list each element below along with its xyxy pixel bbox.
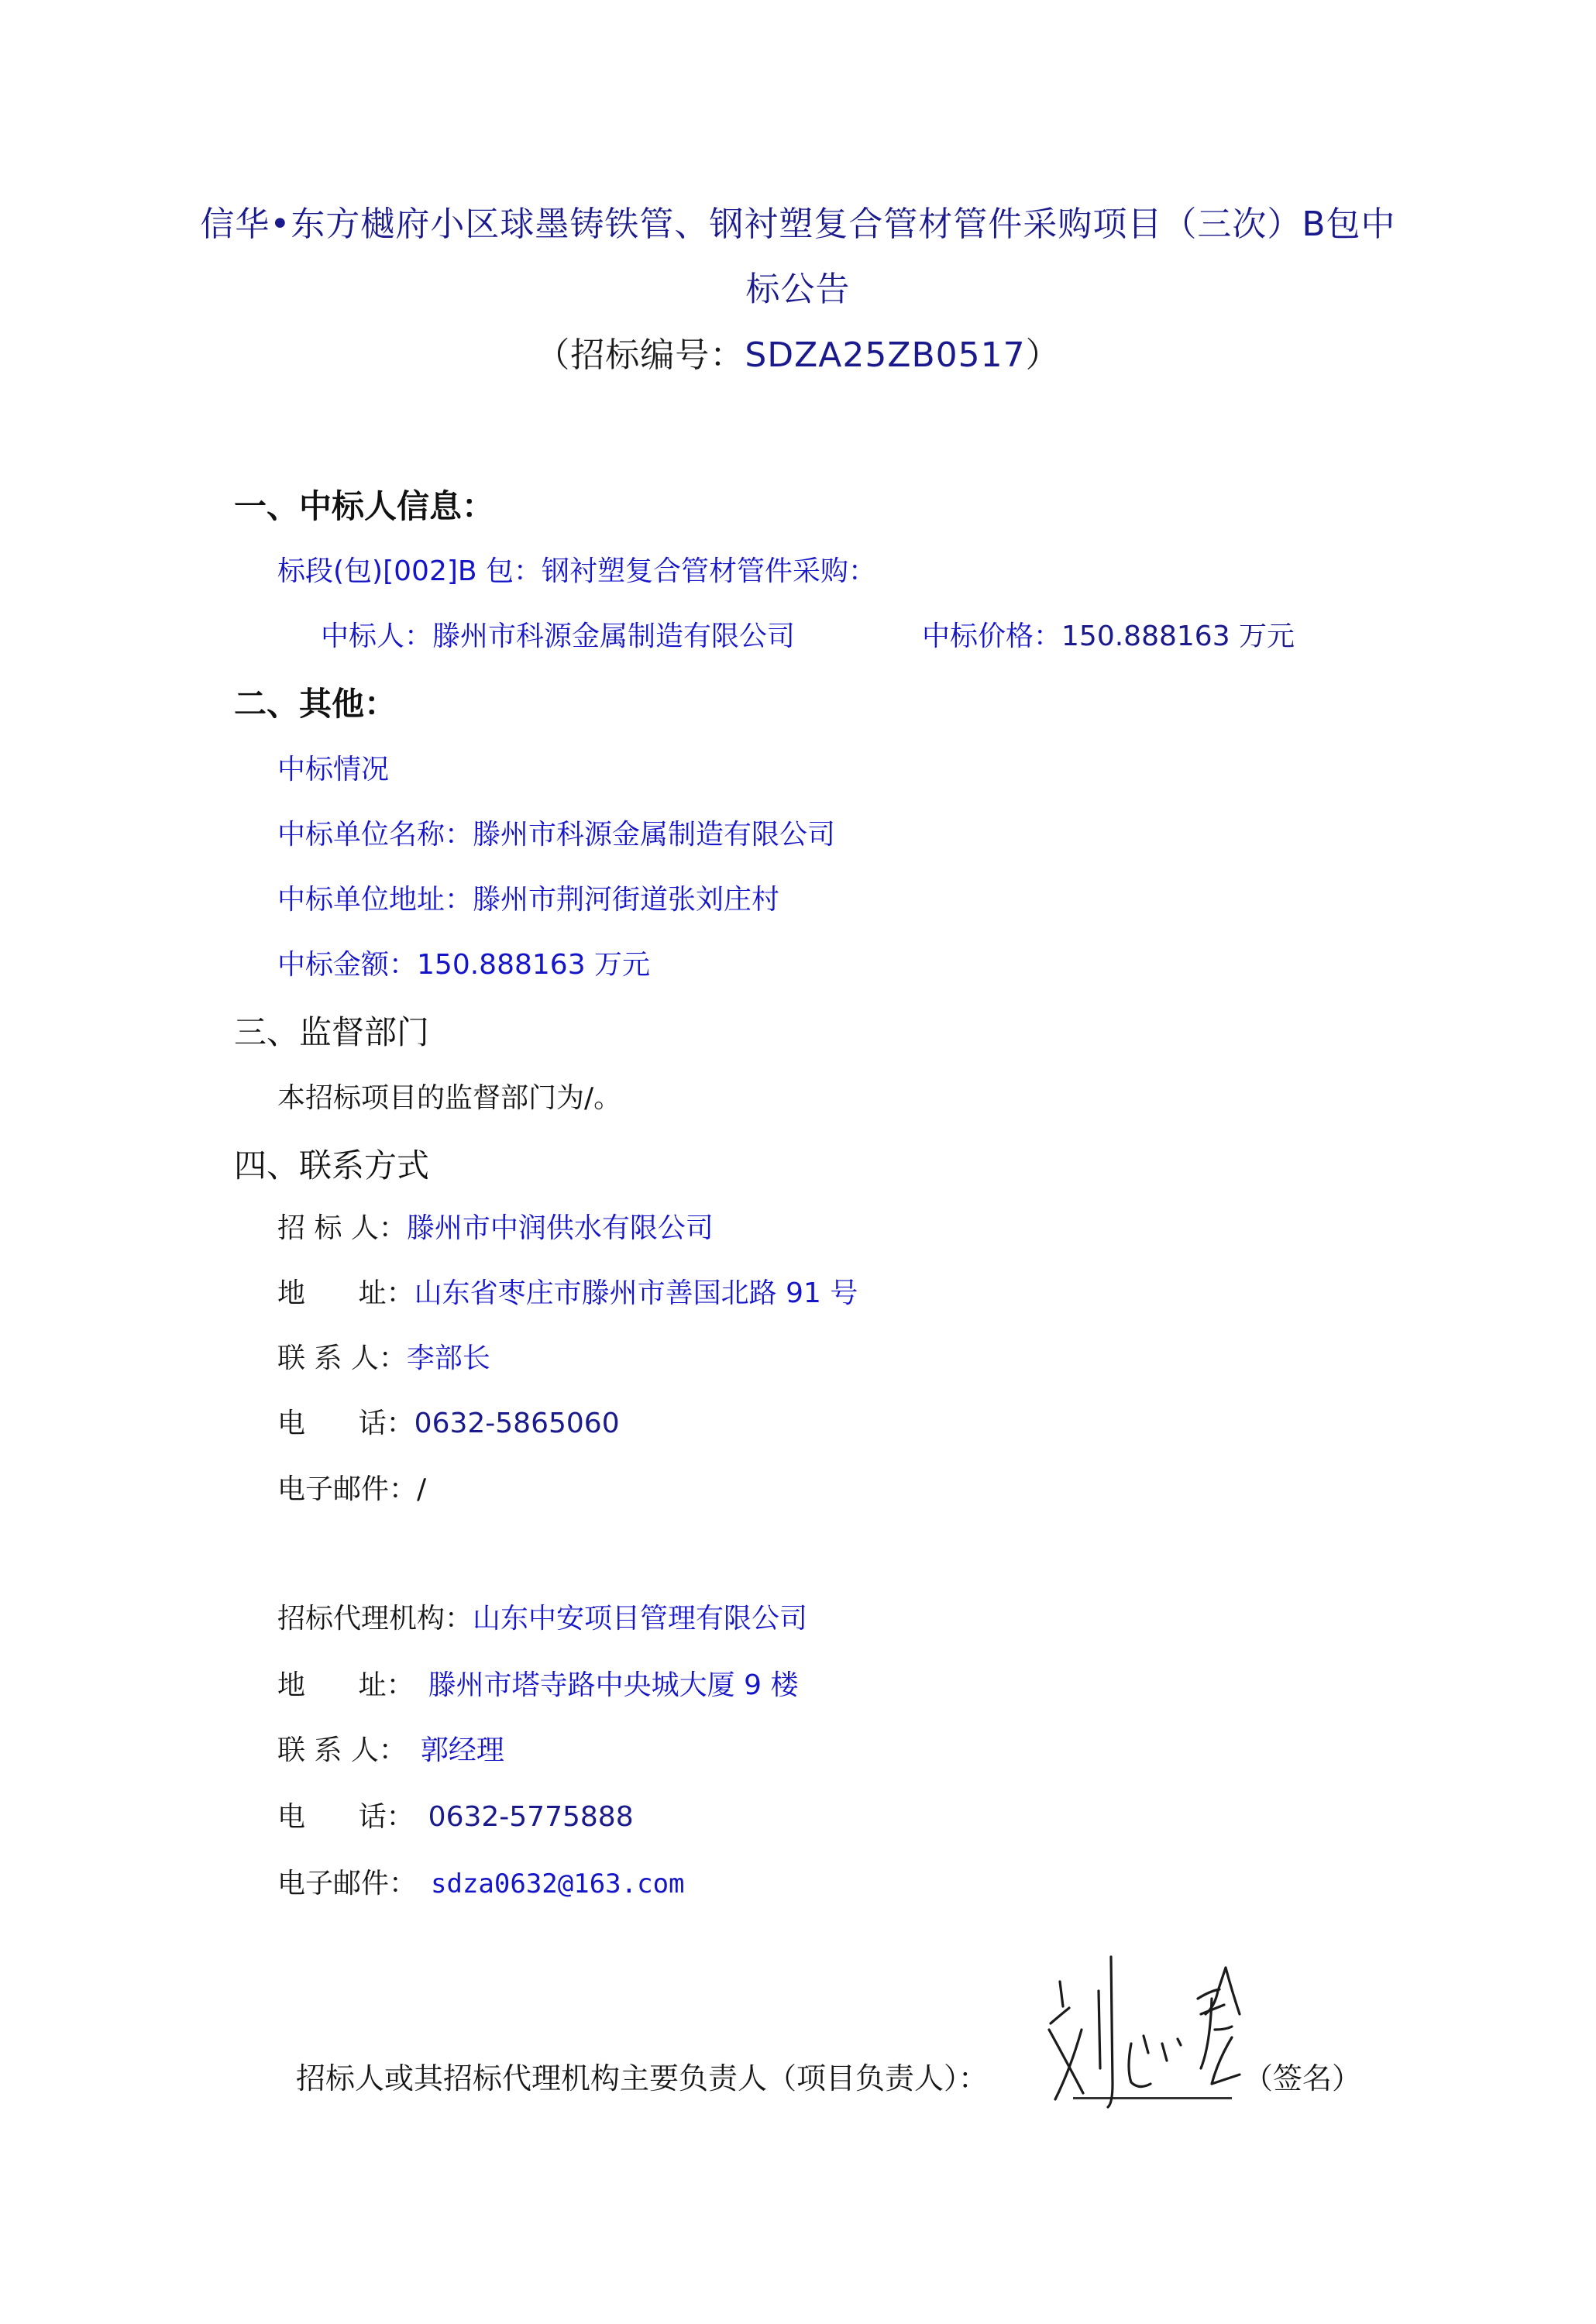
tenderer-contact-value: 李部长 bbox=[407, 1342, 490, 1374]
section-3-heading: 三、监督部门 bbox=[234, 1016, 429, 1049]
agency-contact-label: 联 系 人： bbox=[277, 1734, 407, 1766]
agency-email-row: 电子邮件：sdza0632@163.com bbox=[277, 1870, 685, 1898]
tenderer-address-row: 地 址：山东省枣庄市滕州市善国北路 91 号 bbox=[277, 1280, 858, 1308]
section-1-heading: 一、中标人信息： bbox=[234, 490, 494, 523]
amount-value: 150.888163 万元 bbox=[417, 949, 650, 981]
agency-name-row: 招标代理机构：山东中安项目管理有限公司 bbox=[277, 1605, 807, 1633]
announcement-page: 信华•东方樾府小区球墨铸铁管、钢衬塑复合管材管件采购项目（三次）B包中 标公告 … bbox=[0, 0, 1596, 2324]
tenderer-phone-label: 电 话： bbox=[277, 1408, 414, 1439]
tenderer-email-label: 电子邮件： bbox=[277, 1473, 417, 1505]
agency-email-label: 电子邮件： bbox=[277, 1868, 417, 1899]
tenderer-address-value: 山东省枣庄市滕州市善国北路 91 号 bbox=[414, 1277, 858, 1309]
tender-code-suffix: ） bbox=[1026, 335, 1061, 375]
award-unit-name-row: 中标单位名称：滕州市科源金属制造有限公司 bbox=[277, 821, 835, 849]
agency-phone-value: 0632-5775888 bbox=[428, 1801, 634, 1833]
tenderer-email-value: / bbox=[417, 1473, 426, 1505]
price-label: 中标价格： bbox=[922, 621, 1061, 652]
agency-address-label: 地 址： bbox=[277, 1669, 414, 1701]
tender-code-label: （招标编号： bbox=[535, 335, 745, 375]
tenderer-phone-value: 0632-5865060 bbox=[414, 1408, 620, 1439]
agency-address-value: 滕州市塔寺路中央城大厦 9 楼 bbox=[428, 1669, 799, 1701]
agency-name-label: 招标代理机构： bbox=[277, 1603, 473, 1635]
award-subheading: 中标情况 bbox=[277, 756, 389, 784]
agency-contact-row: 联 系 人：郭经理 bbox=[277, 1737, 504, 1765]
tenderer-address-label: 地 址： bbox=[277, 1277, 414, 1309]
section-2-heading: 二、其他： bbox=[234, 688, 397, 720]
agency-name-value: 山东中安项目管理有限公司 bbox=[473, 1603, 807, 1635]
lot-description: 标段(包)[002]B 包：钢衬塑复合管材管件采购： bbox=[277, 558, 876, 586]
tender-code: （招标编号：SDZA25ZB0517） bbox=[0, 339, 1596, 373]
document-title-line2: 标公告 bbox=[0, 273, 1596, 307]
supervision-body: 本招标项目的监督部门为/。 bbox=[277, 1085, 621, 1112]
award-amount-row: 中标金额：150.888163 万元 bbox=[277, 951, 650, 979]
unit-address-label: 中标单位地址： bbox=[277, 884, 473, 916]
tenderer-email-row: 电子邮件：/ bbox=[277, 1476, 426, 1504]
section-4-heading: 四、联系方式 bbox=[234, 1150, 429, 1182]
winner-value: 滕州市科源金属制造有限公司 bbox=[432, 621, 795, 652]
unit-name-value: 滕州市科源金属制造有限公司 bbox=[473, 819, 835, 851]
unit-address-value: 滕州市荆河街道张刘庄村 bbox=[473, 884, 779, 916]
tenderer-name-row: 招 标 人：滕州市中润供水有限公司 bbox=[277, 1215, 714, 1243]
tenderer-contact-row: 联 系 人：李部长 bbox=[277, 1345, 490, 1373]
signature-suffix: （签名） bbox=[1243, 2054, 1361, 2097]
handwritten-signature bbox=[1046, 1952, 1263, 2115]
agency-phone-row: 电 话：0632-5775888 bbox=[277, 1803, 634, 1831]
tenderer-name-label: 招 标 人： bbox=[277, 1212, 407, 1244]
tenderer-phone-row: 电 话：0632-5865060 bbox=[277, 1410, 620, 1438]
price-row: 中标价格：150.888163 万元 bbox=[922, 623, 1295, 651]
tenderer-contact-label: 联 系 人： bbox=[277, 1342, 407, 1374]
title-text-line2: 标公告 bbox=[746, 270, 851, 309]
agency-email-value: sdza0632@163.com bbox=[431, 1868, 685, 1899]
title-text-line1: 信华•东方樾府小区球墨铸铁管、钢衬塑复合管材管件采购项目（三次）B包中 bbox=[200, 205, 1395, 244]
unit-name-label: 中标单位名称： bbox=[277, 819, 473, 851]
agency-contact-value: 郭经理 bbox=[421, 1734, 504, 1766]
winner-row: 中标人：滕州市科源金属制造有限公司 bbox=[321, 623, 795, 651]
amount-label: 中标金额： bbox=[277, 949, 417, 981]
price-value: 150.888163 万元 bbox=[1061, 621, 1295, 652]
signature-label: 招标人或其招标代理机构主要负责人（项目负责人）： bbox=[296, 2054, 988, 2097]
winner-label: 中标人： bbox=[321, 621, 432, 652]
award-unit-address-row: 中标单位地址：滕州市荆河街道张刘庄村 bbox=[277, 886, 779, 914]
tenderer-name-value: 滕州市中润供水有限公司 bbox=[407, 1212, 714, 1244]
agency-address-row: 地 址：滕州市塔寺路中央城大厦 9 楼 bbox=[277, 1672, 798, 1700]
agency-phone-label: 电 话： bbox=[277, 1801, 414, 1833]
tender-code-value: SDZA25ZB0517 bbox=[745, 335, 1025, 375]
document-title-line1: 信华•东方樾府小区球墨铸铁管、钢衬塑复合管材管件采购项目（三次）B包中 bbox=[0, 208, 1596, 242]
